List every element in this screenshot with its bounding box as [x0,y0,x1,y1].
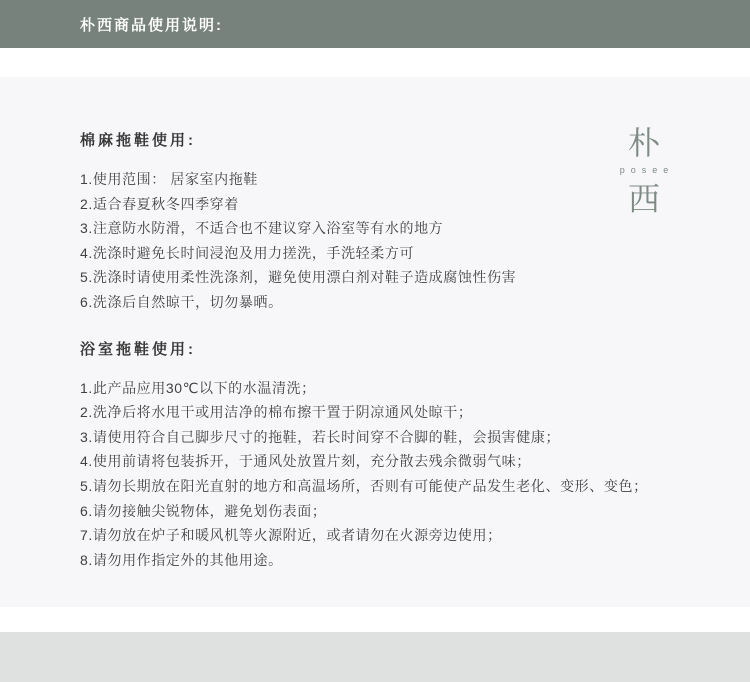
list-item: 3.请使用符合自己脚步尺寸的拖鞋，若长时间穿不合脚的鞋，会损害健康； [80,425,750,450]
bottom-grey-strip [0,632,750,682]
list-item: 4.使用前请将包装拆开，于通风处放置片刻，充分散去残余微弱气味； [80,449,750,474]
list-item: 7.请勿放在炉子和暖风机等火源附近，或者请勿在火源旁边使用； [80,523,750,548]
section-heading-bathroom-slippers: 浴室拖鞋使用: [80,338,750,359]
logo-character-top: 朴 [608,124,680,162]
list-item: 1.此产品应用30℃以下的水温清洗； [80,376,750,401]
list-item: 4.洗涤时避免长时间浸泡及用力搓洗，手洗轻柔方可 [80,241,750,266]
instructions-banner: 朴西商品使用说明: [0,0,750,48]
list-item: 3.注意防水防滑，不适合也不建议穿入浴室等有水的地方 [80,216,750,241]
list-item: 5.洗涤时请使用柔性洗涤剂，避免使用漂白剂对鞋子造成腐蚀性伤害 [80,265,750,290]
list-item: 2.洗净后将水甩干或用洁净的棉布擦干置于阴凉通风处晾干； [80,400,750,425]
banner-title: 朴西商品使用说明: [80,14,223,35]
bathroom-slippers-instruction-list: 1.此产品应用30℃以下的水温清洗； 2.洗净后将水甩干或用洁净的棉布擦干置于阴… [80,376,750,573]
logo-character-bottom: 西 [608,180,680,218]
list-item: 5.请勿长期放在阳光直射的地方和高温场所，否则有可能使产品发生老化、变形、变色； [80,474,750,499]
list-item: 6.洗涤后自然晾干，切勿暴晒。 [80,290,750,315]
posee-brand-logo: 朴 posee 西 [608,124,680,218]
list-item: 6.请勿接触尖锐物体，避免划伤表面； [80,499,750,524]
logo-latin-text: posee [608,164,680,177]
list-item: 8.请勿用作指定外的其他用途。 [80,548,750,573]
